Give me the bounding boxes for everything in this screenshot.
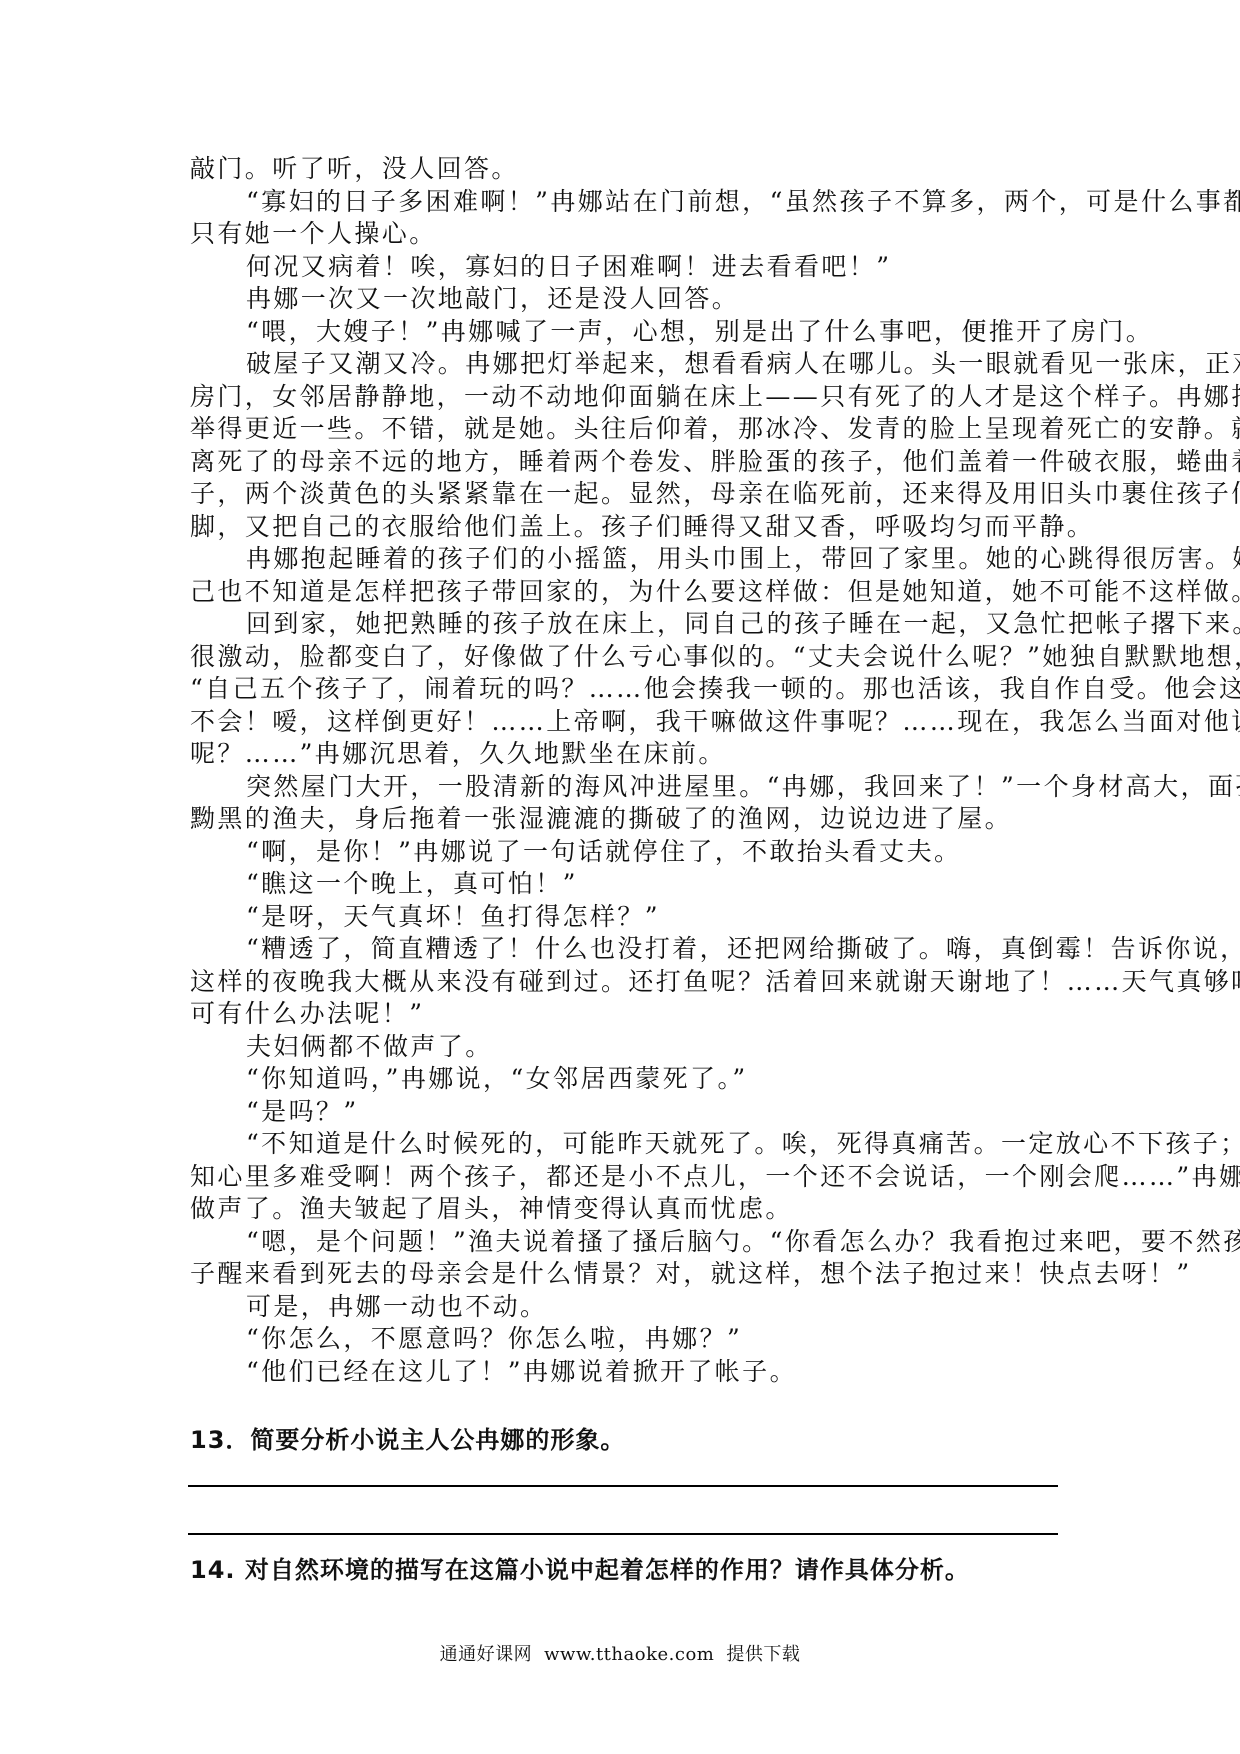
- passage-line: “你知道吗，”冉娜说，“女邻居西蒙死了。”: [190, 1063, 1060, 1096]
- passage-line: 离死了的母亲不远的地方，睡着两个卷发、胖脸蛋的孩子，他们盖着一件破衣服，蜷曲着身: [190, 446, 1060, 479]
- passage-line: “喂，大嫂子！”冉娜喊了一声，心想，别是出了什么事吧，便推开了房门。: [190, 316, 1060, 349]
- passage-line: 子醒来看到死去的母亲会是什么情景？对，就这样，想个法子抱过来！快点去呀！”: [190, 1258, 1060, 1291]
- passage-line: 做声了。渔夫皱起了眉头，神情变得认真而忧虑。: [190, 1193, 1060, 1226]
- passage-line: “糟透了，简直糟透了！什么也没打着，还把网给撕破了。嗨，真倒霉！告诉你说，像: [190, 933, 1060, 966]
- passage-line: 己也不知道是怎样把孩子带回家的，为什么要这样做：但是她知道，她不可能不这样做。: [190, 576, 1060, 609]
- passage-line: “不知道是什么时候死的，可能昨天就死了。唉，死得真痛苦。一定放心不下孩子；不: [190, 1128, 1060, 1161]
- passage-line: 黝黑的渔夫，身后拖着一张湿漉漉的撕破了的渔网，边说边进了屋。: [190, 803, 1060, 836]
- story-passage: 敲门。听了听，没人回答。 “寡妇的日子多困难啊！”冉娜站在门前想，“虽然孩子不算…: [190, 153, 1060, 1388]
- passage-line: 知心里多难受啊！两个孩子，都还是小不点儿，一个还不会说话，一个刚会爬……”冉娜不: [190, 1161, 1060, 1194]
- passage-line: 突然屋门大开，一股清新的海风冲进屋里。“冉娜，我回来了！”一个身材高大，面孔: [190, 771, 1060, 804]
- footer-url[interactable]: www.tthaoke.com: [544, 1644, 714, 1665]
- passage-line: 冉娜抱起睡着的孩子们的小摇篮，用头巾围上，带回了家里。她的心跳得很厉害。她自: [190, 543, 1060, 576]
- question-14: 14. 对自然环境的描写在这篇小说中起着怎样的作用？请作具体分析。: [190, 1550, 970, 1585]
- footer-site-name: 通通好课网: [440, 1644, 533, 1665]
- passage-line: “是吗？”: [190, 1096, 1060, 1129]
- passage-line: “你怎么，不愿意吗？你怎么啦，冉娜？”: [190, 1323, 1060, 1356]
- footer-note: 提供下载: [726, 1644, 800, 1665]
- passage-line: 这样的夜晚我大概从来没有碰到过。还打鱼呢？活着回来就谢天谢地了！……天气真够呛，: [190, 966, 1060, 999]
- passage-line: 子，两个淡黄色的头紧紧靠在一起。显然，母亲在临死前，还来得及用旧头巾裹住孩子们的: [190, 478, 1060, 511]
- page-footer: 通通好课网www.tthaoke.com提供下载: [0, 1640, 1240, 1666]
- passage-line: 可有什么办法呢！”: [190, 998, 1060, 1031]
- passage-line: 回到家，她把熟睡的孩子放在床上，同自己的孩子睡在一起，又急忙把帐子撂下来。她: [190, 608, 1060, 641]
- passage-line: “啊，是你！”冉娜说了一句话就停住了，不敢抬头看丈夫。: [190, 836, 1060, 869]
- passage-line: “瞧这一个晚上，真可怕！”: [190, 868, 1060, 901]
- passage-line: “是呀，天气真坏！鱼打得怎样？”: [190, 901, 1060, 934]
- passage-line: “嗯，是个问题！”渔夫说着搔了搔后脑勺。“你看怎么办？我看抱过来吧，要不然孩: [190, 1226, 1060, 1259]
- answer-line: [188, 1485, 1058, 1487]
- passage-line: 很激动，脸都变白了，好像做了什么亏心事似的。“丈夫会说什么呢？”她独自默默地想，: [190, 641, 1060, 674]
- passage-line: 可是，冉娜一动也不动。: [190, 1291, 1060, 1324]
- passage-line: “寡妇的日子多困难啊！”冉娜站在门前想，“虽然孩子不算多，两个，可是什么事都: [190, 186, 1060, 219]
- passage-line: 举得更近一些。不错，就是她。头往后仰着，那冰冷、发青的脸上呈现着死亡的安静。就在: [190, 413, 1060, 446]
- passage-line: “自己五个孩子了，闹着玩的吗？……他会揍我一顿的。那也活该，我自作自受。他会这样…: [190, 673, 1060, 706]
- passage-line: 呢？……”冉娜沉思着，久久地默坐在床前。: [190, 738, 1060, 771]
- passage-line: 冉娜一次又一次地敲门，还是没人回答。: [190, 283, 1060, 316]
- passage-line: 夫妇俩都不做声了。: [190, 1031, 1060, 1064]
- passage-line: 脚，又把自己的衣服给他们盖上。孩子们睡得又甜又香，呼吸均匀而平静。: [190, 511, 1060, 544]
- passage-line: 何况又病着！唉，寡妇的日子困难啊！进去看看吧！”: [190, 251, 1060, 284]
- passage-line: 敲门。听了听，没人回答。: [190, 153, 1060, 186]
- passage-line: 破屋子又潮又冷。冉娜把灯举起来，想看看病人在哪儿。头一眼就看见一张床，正对着: [190, 348, 1060, 381]
- passage-line: 房门，女邻居静静地，一动不动地仰面躺在床上——只有死了的人才是这个样子。冉娜把灯: [190, 381, 1060, 414]
- passage-line: “他们已经在这儿了！”冉娜说着掀开了帐子。: [190, 1356, 1060, 1389]
- question-13: 13．简要分析小说主人公冉娜的形象。: [190, 1420, 625, 1455]
- answer-line: [188, 1533, 1058, 1535]
- passage-line: 不会！嗳，这样倒更好！……上帝啊，我干嘛做这件事呢？……现在，我怎么当面对他说: [190, 706, 1060, 739]
- document-page: 敲门。听了听，没人回答。 “寡妇的日子多困难啊！”冉娜站在门前想，“虽然孩子不算…: [0, 0, 1240, 1754]
- passage-line: 只有她一个人操心。: [190, 218, 1060, 251]
